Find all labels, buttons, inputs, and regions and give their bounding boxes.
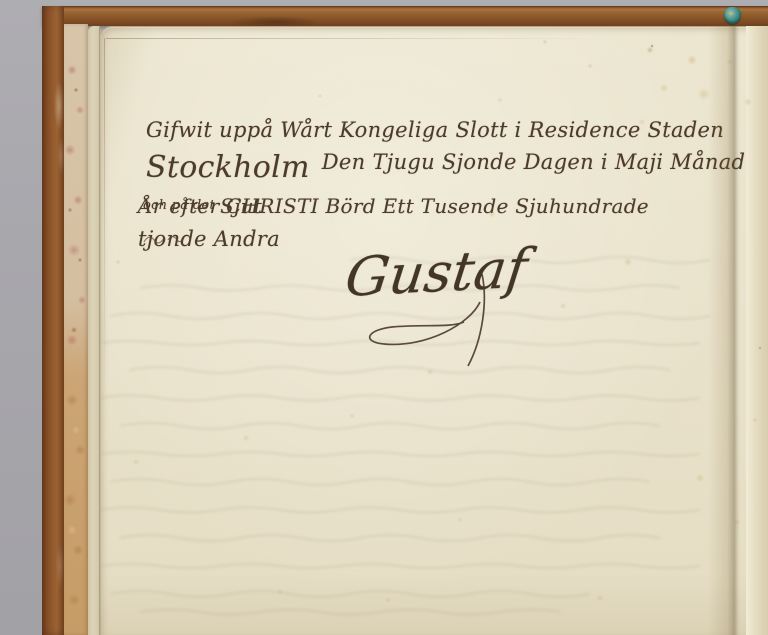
text-line-2-lead-word: Stockholm: [146, 150, 310, 185]
text-line-1: Gifwit uppå Wårt Kongeliga Slott i Resid…: [146, 118, 724, 142]
endband-knot: [724, 7, 741, 24]
text-line-2-rest: Den Tjugu Sjonde Dagen i Maji Månad: [322, 150, 746, 174]
signature-flourish: [330, 240, 520, 390]
text-line-3: År efter CHRISTI Börd Ett Tusende Sjuhun…: [138, 194, 220, 218]
page-gutter-fold: [708, 26, 748, 635]
adjacent-page-edge: [746, 26, 768, 635]
text-line-3-interlinear: och på det: [143, 198, 215, 213]
text-line-3-end: Sjut: [220, 194, 262, 218]
endband-thread-highlight: [729, 12, 733, 15]
photograph-of-manuscript: Gifwit uppå Wårt Kongeliga Slott i Resid…: [0, 0, 768, 635]
text-line-4: tjonde Andra: [138, 227, 182, 251]
royal-signature: Gustaf: [330, 240, 520, 390]
line-end-flourish: [142, 230, 186, 248]
text-line-2: StockholmDen Tjugu Sjonde Dagen i Maji M…: [146, 150, 322, 185]
